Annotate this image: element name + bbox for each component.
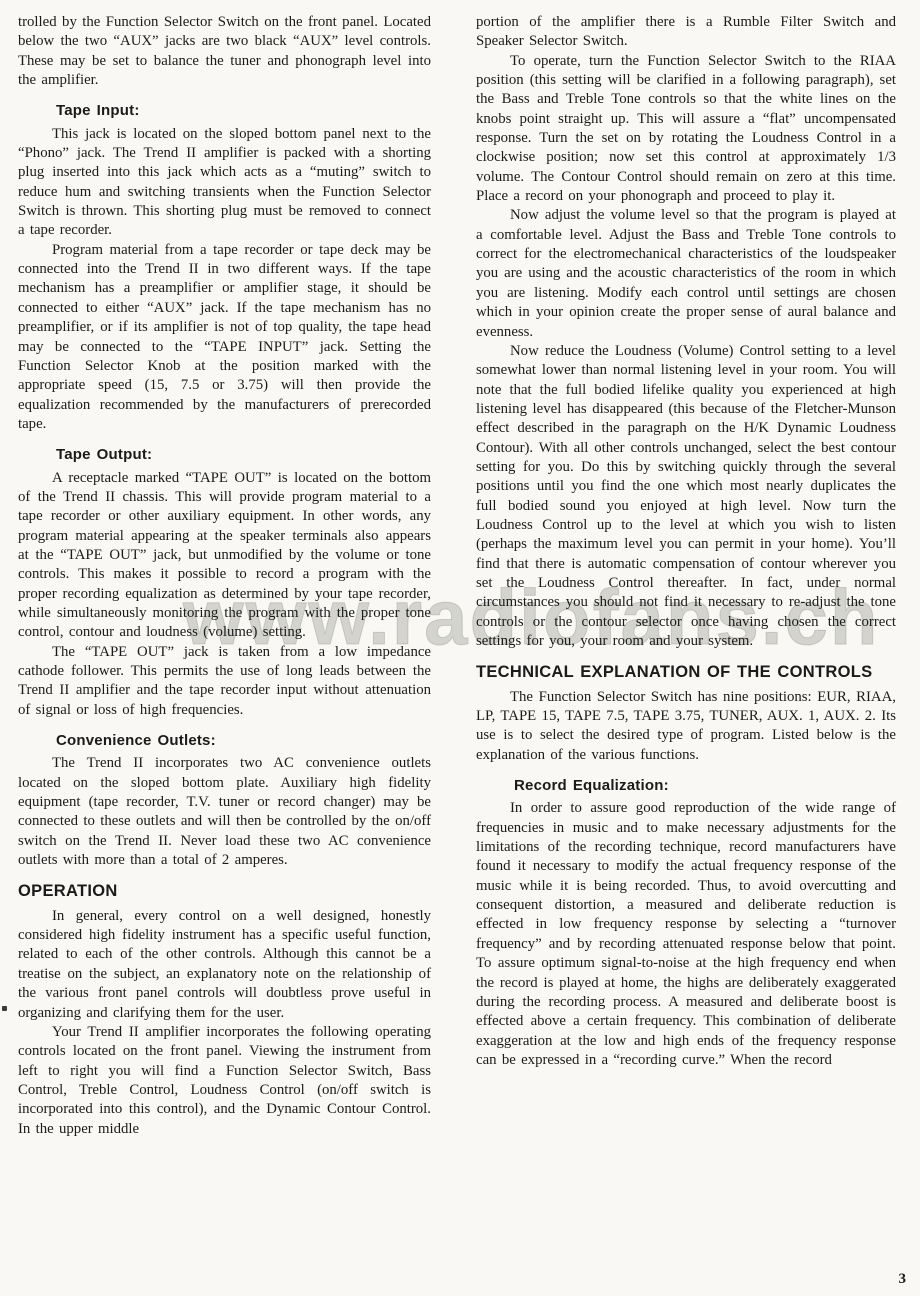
paragraph: The “TAPE OUT” jack is taken from a low … xyxy=(18,643,431,720)
left-column: trolled by the Function Selector Switch … xyxy=(18,13,431,1139)
page-number: 3 xyxy=(899,1271,907,1288)
paragraph: This jack is located on the sloped botto… xyxy=(18,125,431,241)
paragraph: The Function Selector Switch has nine po… xyxy=(476,688,896,765)
paragraph: In general, every control on a well desi… xyxy=(18,907,431,1023)
scan-artifact-dot xyxy=(2,1006,7,1011)
paragraph: Program material from a tape recorder or… xyxy=(18,241,431,434)
section-heading: OPERATION xyxy=(18,882,431,901)
paragraph: Now adjust the volume level so that the … xyxy=(476,206,896,341)
section-heading: TECHNICAL EXPLANATION OF THE CONTROLS xyxy=(476,663,896,682)
right-column: portion of the amplifier there is a Rumb… xyxy=(476,13,896,1070)
paragraph: The Trend II incorporates two AC conveni… xyxy=(18,754,431,870)
subsection-heading: Record Equalization: xyxy=(476,776,896,795)
paragraph-continuation: trolled by the Function Selector Switch … xyxy=(18,13,431,90)
paragraph: Now reduce the Loudness (Volume) Control… xyxy=(476,342,896,652)
subsection-heading: Tape Input: xyxy=(18,101,431,120)
subsection-heading: Convenience Outlets: xyxy=(18,731,431,750)
paragraph: Your Trend II amplifier incorporates the… xyxy=(18,1023,431,1139)
document-page: www.radiofans.ch trolled by the Function… xyxy=(0,0,920,1296)
paragraph-continuation: portion of the amplifier there is a Rumb… xyxy=(476,13,896,52)
paragraph: A receptacle marked “TAPE OUT” is locate… xyxy=(18,469,431,643)
paragraph: In order to assure good reproduction of … xyxy=(476,799,896,1070)
subsection-heading: Tape Output: xyxy=(18,445,431,464)
paragraph: To operate, turn the Function Selector S… xyxy=(476,52,896,207)
